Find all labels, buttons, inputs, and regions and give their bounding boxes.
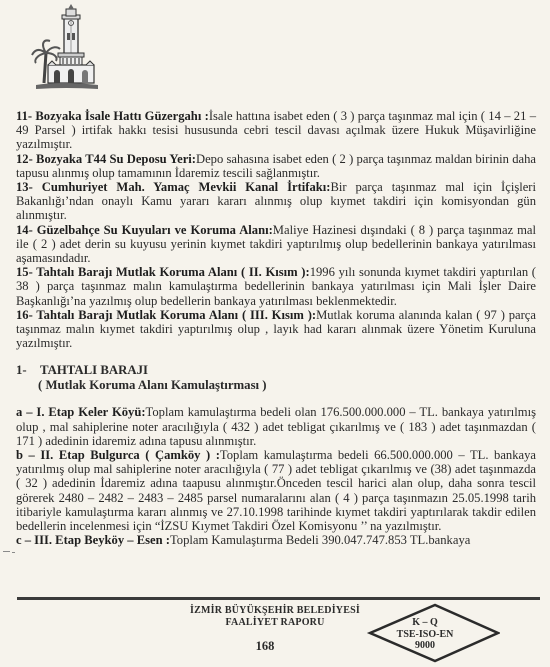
report-body: 11- Bozyaka İsale Hattı Güzergahı :İsale…	[16, 109, 536, 547]
paragraph-label: 15- Tahtalı Barajı Mutlak Koruma Alanı (…	[16, 265, 310, 279]
footer-org-line2: FAALİYET RAPORU	[175, 617, 375, 629]
paragraph-16: 16- Tahtalı Barajı Mutlak Koruma Alanı (…	[16, 308, 536, 351]
footer-organization: İZMİR BÜYÜKŞEHİR BELEDİYESİ FAALİYET RAP…	[175, 605, 375, 629]
item-a: a – I. Etap Keler Köyü:Toplam kamulaştır…	[16, 405, 536, 448]
section-number: 1-	[16, 363, 40, 378]
section-title: TAHTALI BARAJI	[40, 363, 148, 377]
item-b: b – II. Etap Bulgurca ( Çamköy ) :Toplam…	[16, 448, 536, 533]
paragraph-label: 11- Bozyaka İsale Hattı Güzergahı :	[16, 109, 209, 123]
paragraph-14: 14- Güzelbahçe Su Kuyuları ve Koruma Ala…	[16, 223, 536, 266]
paragraph-label: 12- Bozyaka T44 Su Deposu Yeri:	[16, 152, 196, 166]
paragraph-label: 14- Güzelbahçe Su Kuyuları ve Koruma Ala…	[16, 223, 273, 237]
item-text: Toplam Kamulaştırma Bedeli 390.047.747.8…	[170, 533, 470, 547]
paragraph-11: 11- Bozyaka İsale Hattı Güzergahı :İsale…	[16, 109, 536, 152]
paragraph-12: 12- Bozyaka T44 Su Deposu Yeri:Depo saha…	[16, 152, 536, 180]
certification-badge: K – Q TSE-ISO-EN 9000	[385, 617, 465, 652]
paragraph-label: 13- Cumhuriyet Mah. Yamaç Mevkii Kanal İ…	[16, 180, 330, 194]
item-label: c – III. Etap Beyköy – Esen :	[16, 533, 170, 547]
footer-rule	[17, 597, 540, 600]
paragraph-13: 13- Cumhuriyet Mah. Yamaç Mevkii Kanal İ…	[16, 180, 536, 223]
footer-org-line1: İZMİR BÜYÜKŞEHİR BELEDİYESİ	[175, 605, 375, 617]
scan-speck	[3, 551, 10, 552]
cert-line2: TSE-ISO-EN	[385, 629, 465, 641]
cert-line3: 9000	[385, 640, 465, 652]
section-heading: 1-TAHTALI BARAJI ( Mutlak Koruma Alanı K…	[16, 363, 536, 392]
page-number: 168	[245, 639, 285, 654]
clock-tower-icon	[30, 3, 100, 91]
cert-line1: K – Q	[385, 617, 465, 629]
scan-speck	[12, 552, 15, 553]
section-subtitle: ( Mutlak Koruma Alanı Kamulaştırması )	[16, 378, 536, 393]
paragraph-15: 15- Tahtalı Barajı Mutlak Koruma Alanı (…	[16, 265, 536, 308]
paragraph-label: 16- Tahtalı Barajı Mutlak Koruma Alanı (…	[16, 308, 316, 322]
item-label: b – II. Etap Bulgurca ( Çamköy ) :	[16, 448, 220, 462]
item-label: a – I. Etap Keler Köyü:	[16, 405, 146, 419]
item-c: c – III. Etap Beyköy – Esen :Toplam Kamu…	[16, 533, 536, 547]
